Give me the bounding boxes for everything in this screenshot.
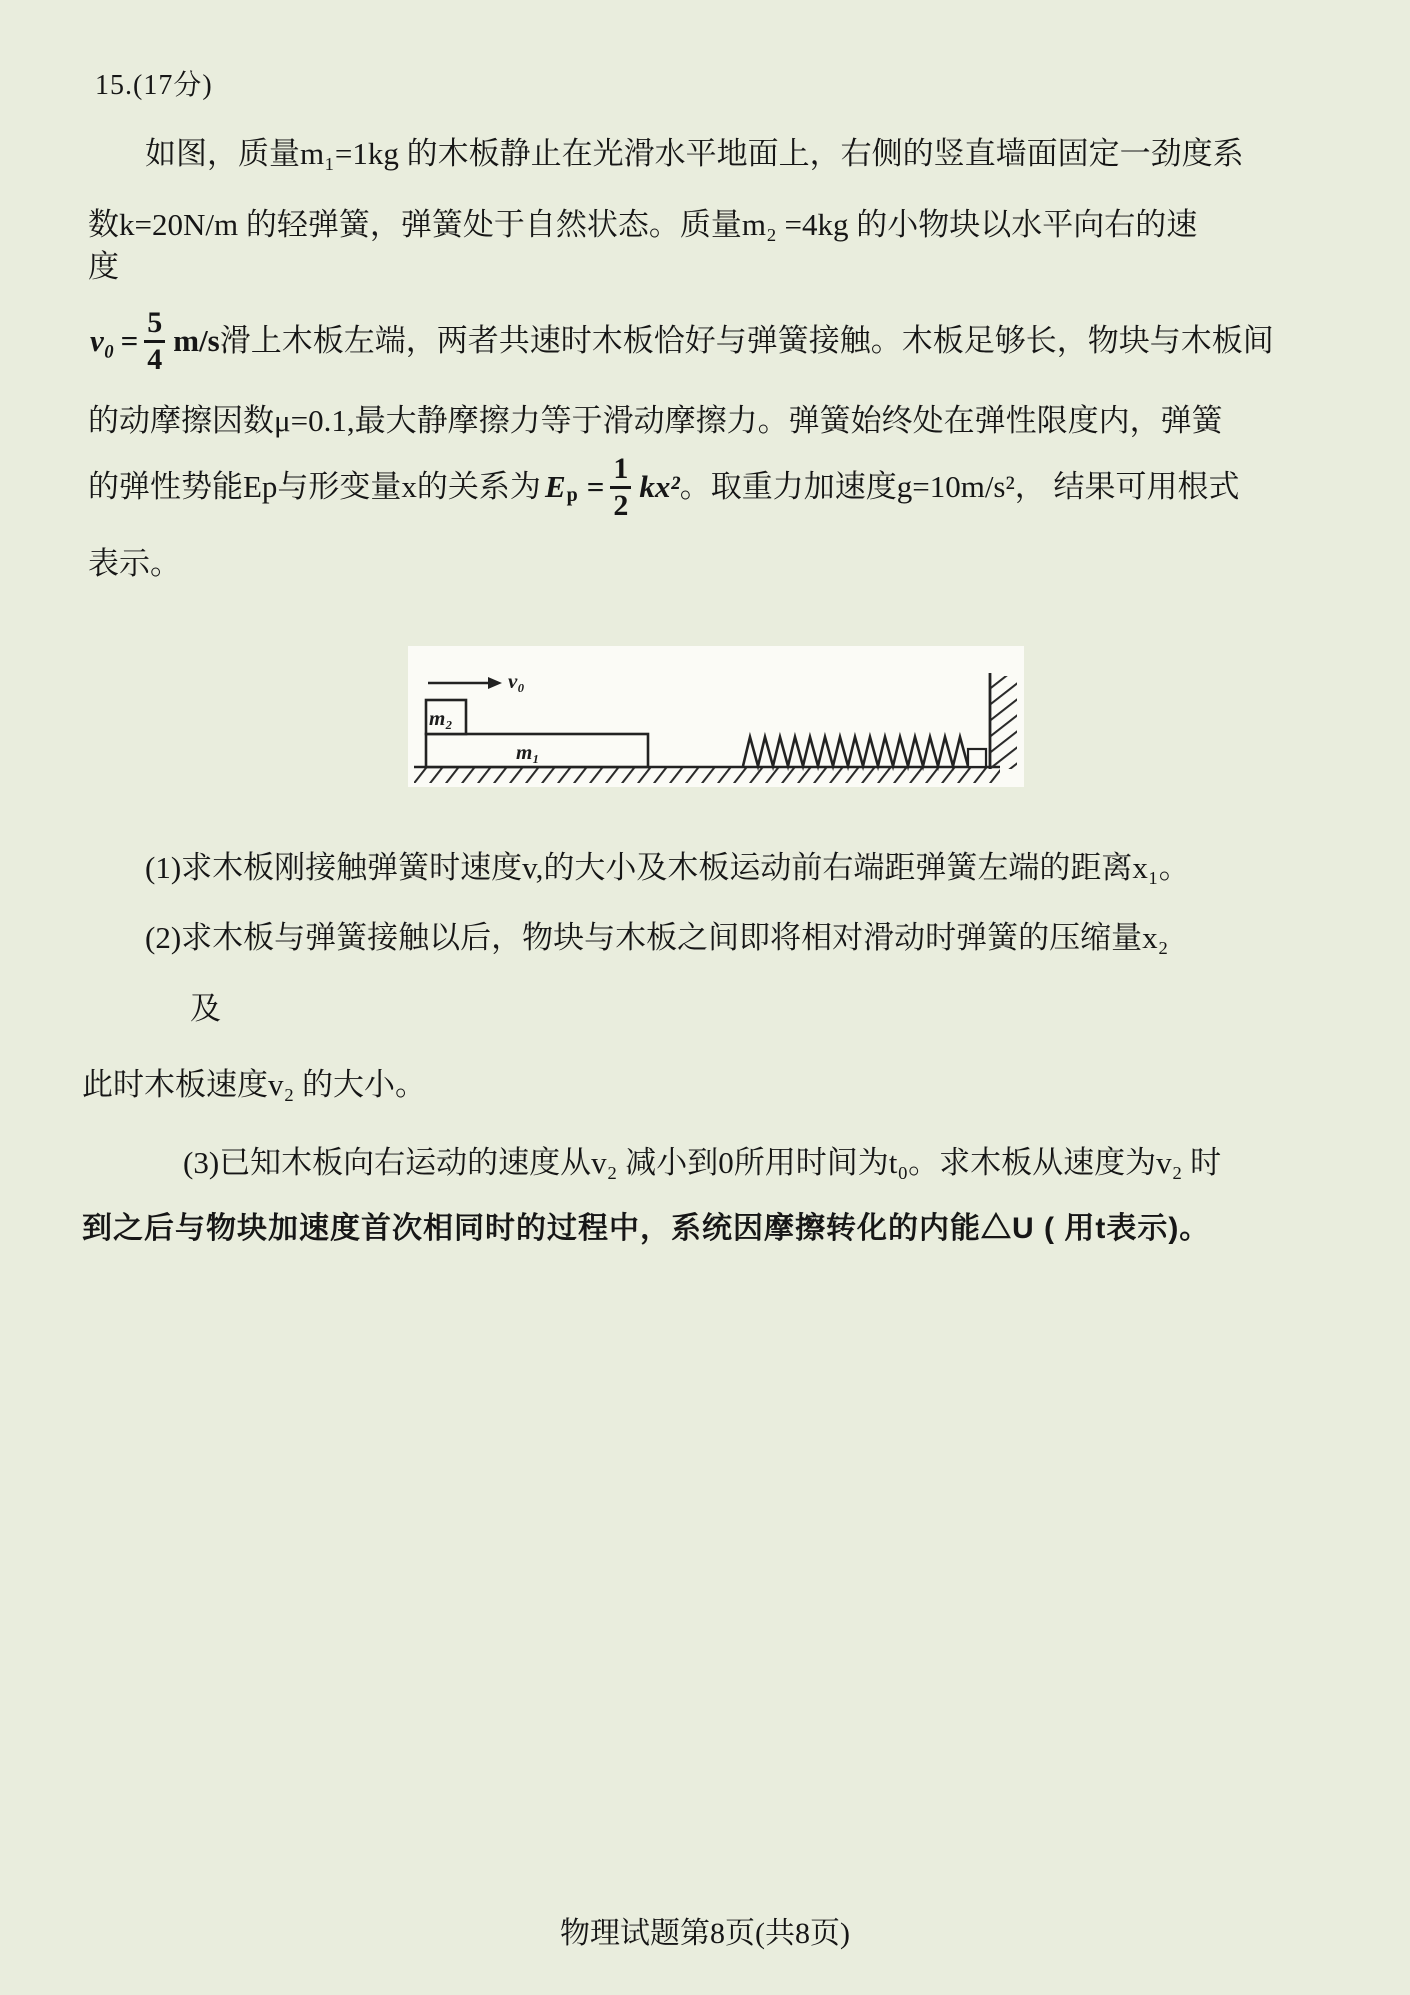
formula-ep: E p = 1 2 kx² [545,452,680,522]
intro-line-5: 的动摩擦因数μ=0.1,最大静摩擦力等于滑动摩擦力。弹簧始终处在弹性限度内，弹簧 [88,402,1223,441]
problem-number: 15.(17分) [95,68,213,103]
intro-line-6-pre: 的弹性势能Ep与形变量x的关系为 [88,468,541,507]
equals-sign: = [587,468,605,507]
question-3-line-2: 到之后与物块加速度首次相同时的过程中，系统因摩擦转化的内能△U ( 用t表示)。 [82,1210,1210,1248]
problem-diagram: m₁ m₂ v₀ [408,646,1024,787]
intro-line-1: 如图，质量m₁=1kg 的木板静止在光滑水平地面上，右侧的竖直墙面固定一劲度系 [145,135,1244,174]
question-2: (2)求木板与弹簧接触以后，物块与木板之间即将相对滑动时弹簧的压缩量x₂ [145,919,1168,958]
intro-line-2: 数k=20N/m 的轻弹簧，弹簧处于自然状态。质量m₂ =4kg 的小物块以水平… [88,206,1197,245]
intro-line-4-text: 滑上木板左端，两者共速时木板恰好与弹簧接触。木板足够长，物块与木板间 [220,322,1274,361]
intro-line-3: 度 [88,248,119,287]
formula-ep-subscript: p [567,483,578,508]
intro-line-6: 的弹性势能Ep与形变量x的关系为 E p = 1 2 kx² 。取重力加速度g=… [88,452,1240,522]
wall-hatching [991,676,1017,769]
formula-v0-symbol: v₀ [90,322,115,361]
board-m1-label: m₁ [516,740,540,764]
question-2-continuation-1: 及 [190,990,221,1029]
question-3-line-1: (3)已知木板向右运动的速度从v₂ 减小到0所用时间为t₀。求木板从速度为v₂ … [183,1144,1221,1183]
velocity-label: v₀ [508,669,525,693]
exam-page: 15.(17分) 如图，质量m₁=1kg 的木板静止在光滑水平地面上，右侧的竖直… [0,0,1410,1995]
formula-v0: v₀ = 5 4 m/s [90,306,220,376]
fraction-one-half: 1 2 [610,452,631,522]
fraction-five-fourths: 5 4 [144,306,165,376]
ground-hatching [414,768,1000,783]
block-m2-label: m₂ [429,706,453,730]
intro-line-6-post: 。取重力加速度g=10m/s²， 结果可用根式 [680,468,1240,507]
intro-line-7: 表示。 [88,545,181,584]
diagram-svg: m₁ m₂ v₀ [408,646,1024,787]
equals-sign: = [121,322,139,361]
question-1: (1)求木板刚接触弹簧时速度v,的大小及木板运动前右端距弹簧左端的距离x₁。 [145,849,1190,888]
formula-v0-unit: m/s [173,322,220,361]
page-footer: 物理试题第8页(共8页) [0,1908,1410,1952]
spring-wall-connector [968,749,986,767]
question-2-continuation-2: 此时木板速度v₂ 的大小。 [82,1066,426,1105]
formula-ep-rhs: kx² [639,468,679,507]
formula-ep-symbol: E [545,468,566,507]
intro-line-4: v₀ = 5 4 m/s 滑上木板左端，两者共速时木板恰好与弹簧接触。木板足够长… [90,306,1274,376]
